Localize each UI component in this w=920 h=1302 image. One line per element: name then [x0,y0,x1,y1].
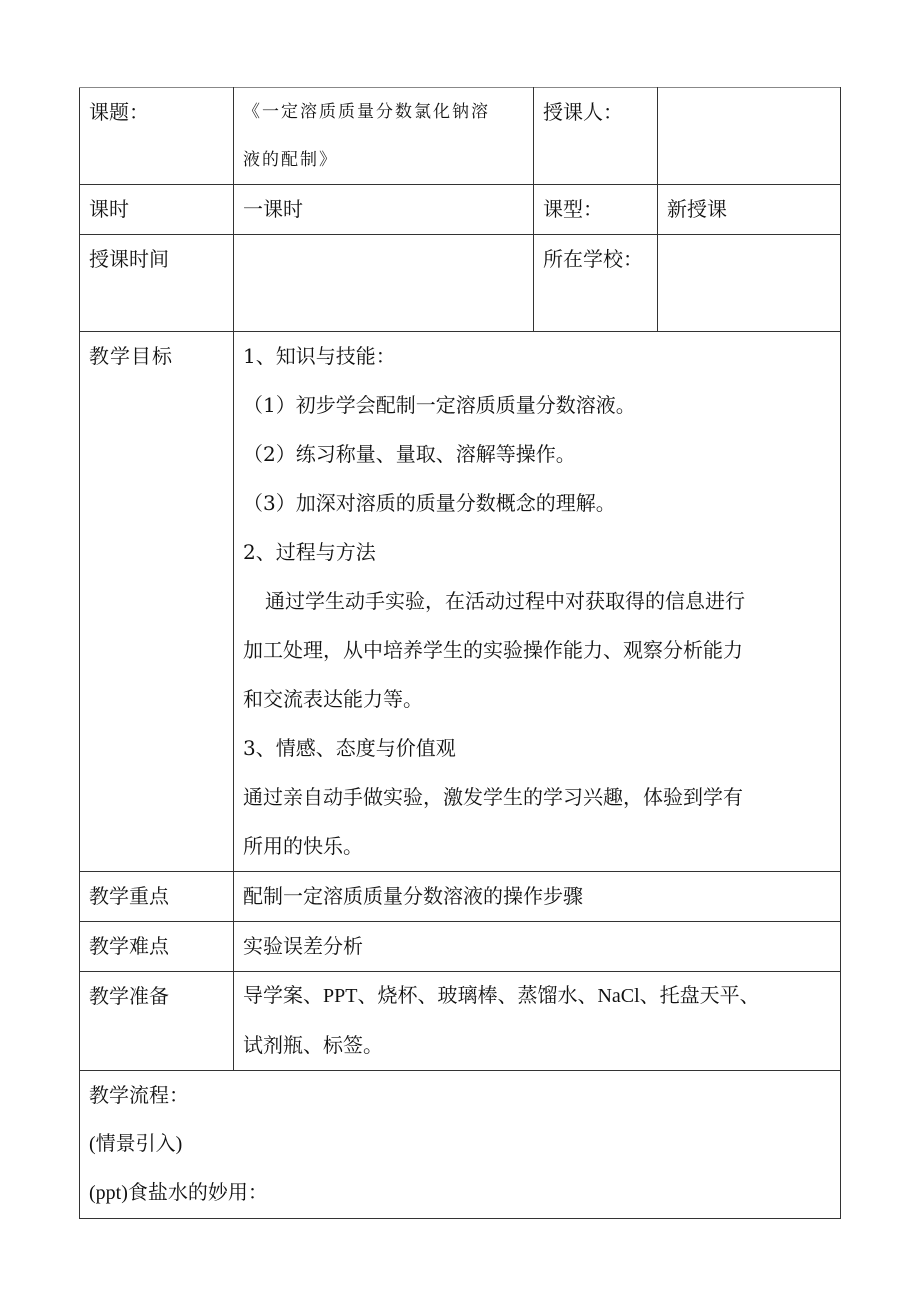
time-label: 授课时间 [80,235,234,332]
objectives-content: 1、知识与技能： （1）初步学会配制一定溶质质量分数溶液。 （2）练习称量、量取… [234,332,841,872]
topic-value-line1: 《一定溶质质量分数氯化钠溶 [243,88,533,136]
key-point-value: 配制一定溶质质量分数溶液的操作步骤 [234,872,841,922]
objective-line: 1、知识与技能： [243,332,840,381]
period-value: 一课时 [234,185,534,235]
objective-line: 所用的快乐。 [243,822,840,871]
flow-label: 教学流程： [89,1071,840,1120]
topic-value-line2: 液的配制》 [243,136,533,184]
objective-line: （1）初步学会配制一定溶质质量分数溶液。 [243,381,840,430]
objective-line: 3、情感、态度与价值观 [243,724,840,773]
objective-line: 2、过程与方法 [243,528,840,577]
objective-line: 通过学生动手实验，在活动过程中对获取得的信息进行 [243,577,840,626]
row-objectives: 教学目标 1、知识与技能： （1）初步学会配制一定溶质质量分数溶液。 （2）练习… [80,332,841,872]
topic-label: 课题： [80,88,234,185]
school-label: 所在学校： [534,235,658,332]
period-label: 课时 [80,185,234,235]
preparation-value: 导学案、PPT、烧杯、玻璃棒、蒸馏水、NaCl、托盘天平、 试剂瓶、标签。 [234,972,841,1071]
type-label: 课型： [534,185,658,235]
row-difficulty: 教学难点 实验误差分析 [80,922,841,972]
objective-line: （2）练习称量、量取、溶解等操作。 [243,430,840,479]
time-value [234,235,534,332]
type-value: 新授课 [658,185,841,235]
row-preparation: 教学准备 导学案、PPT、烧杯、玻璃棒、蒸馏水、NaCl、托盘天平、 试剂瓶、标… [80,972,841,1071]
school-value [658,235,841,332]
flow-line1: (情景引入) [89,1120,840,1169]
difficulty-label: 教学难点 [80,922,234,972]
objective-line: 通过亲自动手做实验，激发学生的学习兴趣，体验到学有 [243,773,840,822]
teacher-label: 授课人： [534,88,658,185]
row-time: 授课时间 所在学校： [80,235,841,332]
difficulty-value: 实验误差分析 [234,922,841,972]
flow-content: 教学流程： (情景引入) (ppt)食盐水的妙用： [80,1071,841,1219]
key-point-label: 教学重点 [80,872,234,922]
preparation-line2: 试剂瓶、标签。 [243,1021,840,1070]
preparation-line1: 导学案、PPT、烧杯、玻璃棒、蒸馏水、NaCl、托盘天平、 [243,972,840,1021]
objective-line: 和交流表达能力等。 [243,675,840,724]
lesson-plan-document: 课题： 《一定溶质质量分数氯化钠溶 液的配制》 授课人： 课时 一课时 课型： … [79,87,840,1219]
row-key-point: 教学重点 配制一定溶质质量分数溶液的操作步骤 [80,872,841,922]
row-topic: 课题： 《一定溶质质量分数氯化钠溶 液的配制》 授课人： [80,88,841,185]
row-period: 课时 一课时 课型： 新授课 [80,185,841,235]
objective-line: （3）加深对溶质的质量分数概念的理解。 [243,479,840,528]
preparation-label: 教学准备 [80,972,234,1071]
teacher-value [658,88,841,185]
row-flow: 教学流程： (情景引入) (ppt)食盐水的妙用： [80,1071,841,1219]
topic-value: 《一定溶质质量分数氯化钠溶 液的配制》 [234,88,534,185]
lesson-plan-table: 课题： 《一定溶质质量分数氯化钠溶 液的配制》 授课人： 课时 一课时 课型： … [79,87,841,1219]
objective-line: 加工处理，从中培养学生的实验操作能力、观察分析能力 [243,626,840,675]
flow-line2: (ppt)食盐水的妙用： [89,1169,840,1218]
objectives-label: 教学目标 [80,332,234,872]
